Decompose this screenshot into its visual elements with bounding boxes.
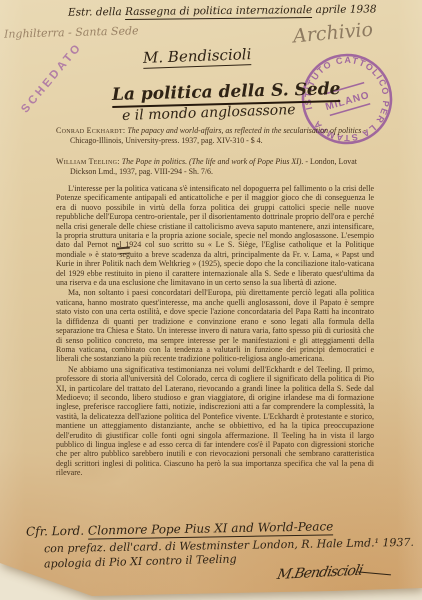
source-annotation: Estr. della Rassegna di politica interna…	[68, 3, 377, 18]
bib2-title: The Pope in politics. (The life and work…	[122, 157, 304, 166]
source-prefix: Estr. della	[68, 6, 122, 19]
bibliography-entry-1: Conrad Eckhardt: The papacy and world-af…	[56, 126, 374, 146]
scanned-page: Estr. della Rassegna di politica interna…	[0, 0, 422, 600]
schedato-stamp: SCHEDATO	[14, 34, 90, 121]
bibliography: Conrad Eckhardt: The papacy and world-af…	[56, 126, 374, 188]
ink-scribble	[117, 247, 130, 255]
source-journal-title: Rassegna di politica internazionale	[125, 4, 312, 20]
bib2-author: William Teeling:	[56, 157, 120, 166]
review-body: L'interesse per la politica vaticana s'è…	[56, 184, 374, 479]
bibliography-entry-2: William Teeling: The Pope in politics. (…	[56, 157, 374, 177]
scanned-page-wrap: Estr. della Rassegna di politica interna…	[0, 0, 422, 600]
reviewer-signature-top: M. Bendiscioli	[143, 45, 252, 69]
reviewer-signature-bottom: M.Bendiscioli	[276, 561, 394, 583]
body-paragraph-1: L'interesse per la politica vaticana s'è…	[56, 184, 374, 287]
bib1-author: Conrad Eckhardt:	[56, 126, 125, 135]
ref-title: Clonmore Pope Pius XI and World-Peace	[88, 519, 334, 539]
body-paragraph-2: Ma, non soltanto i paesi concordatari de…	[56, 288, 374, 363]
bib1-title: The papacy and world-affairs, as reflect…	[127, 126, 361, 135]
body-paragraph-3: Ne abbiamo una significativa testimonian…	[56, 365, 374, 478]
bottom-reference-line3: apologia di Pio XI contro il Teeling	[44, 552, 237, 570]
ref-prefix: Cfr. Lord.	[26, 524, 84, 539]
subject-pencil-note: Inghilterra - Santa Sede	[4, 24, 139, 41]
bottom-reference-line1: Cfr. Lord. Clonmore Pope Pius XI and Wor…	[26, 519, 334, 538]
source-date: aprile 1938	[315, 3, 376, 16]
